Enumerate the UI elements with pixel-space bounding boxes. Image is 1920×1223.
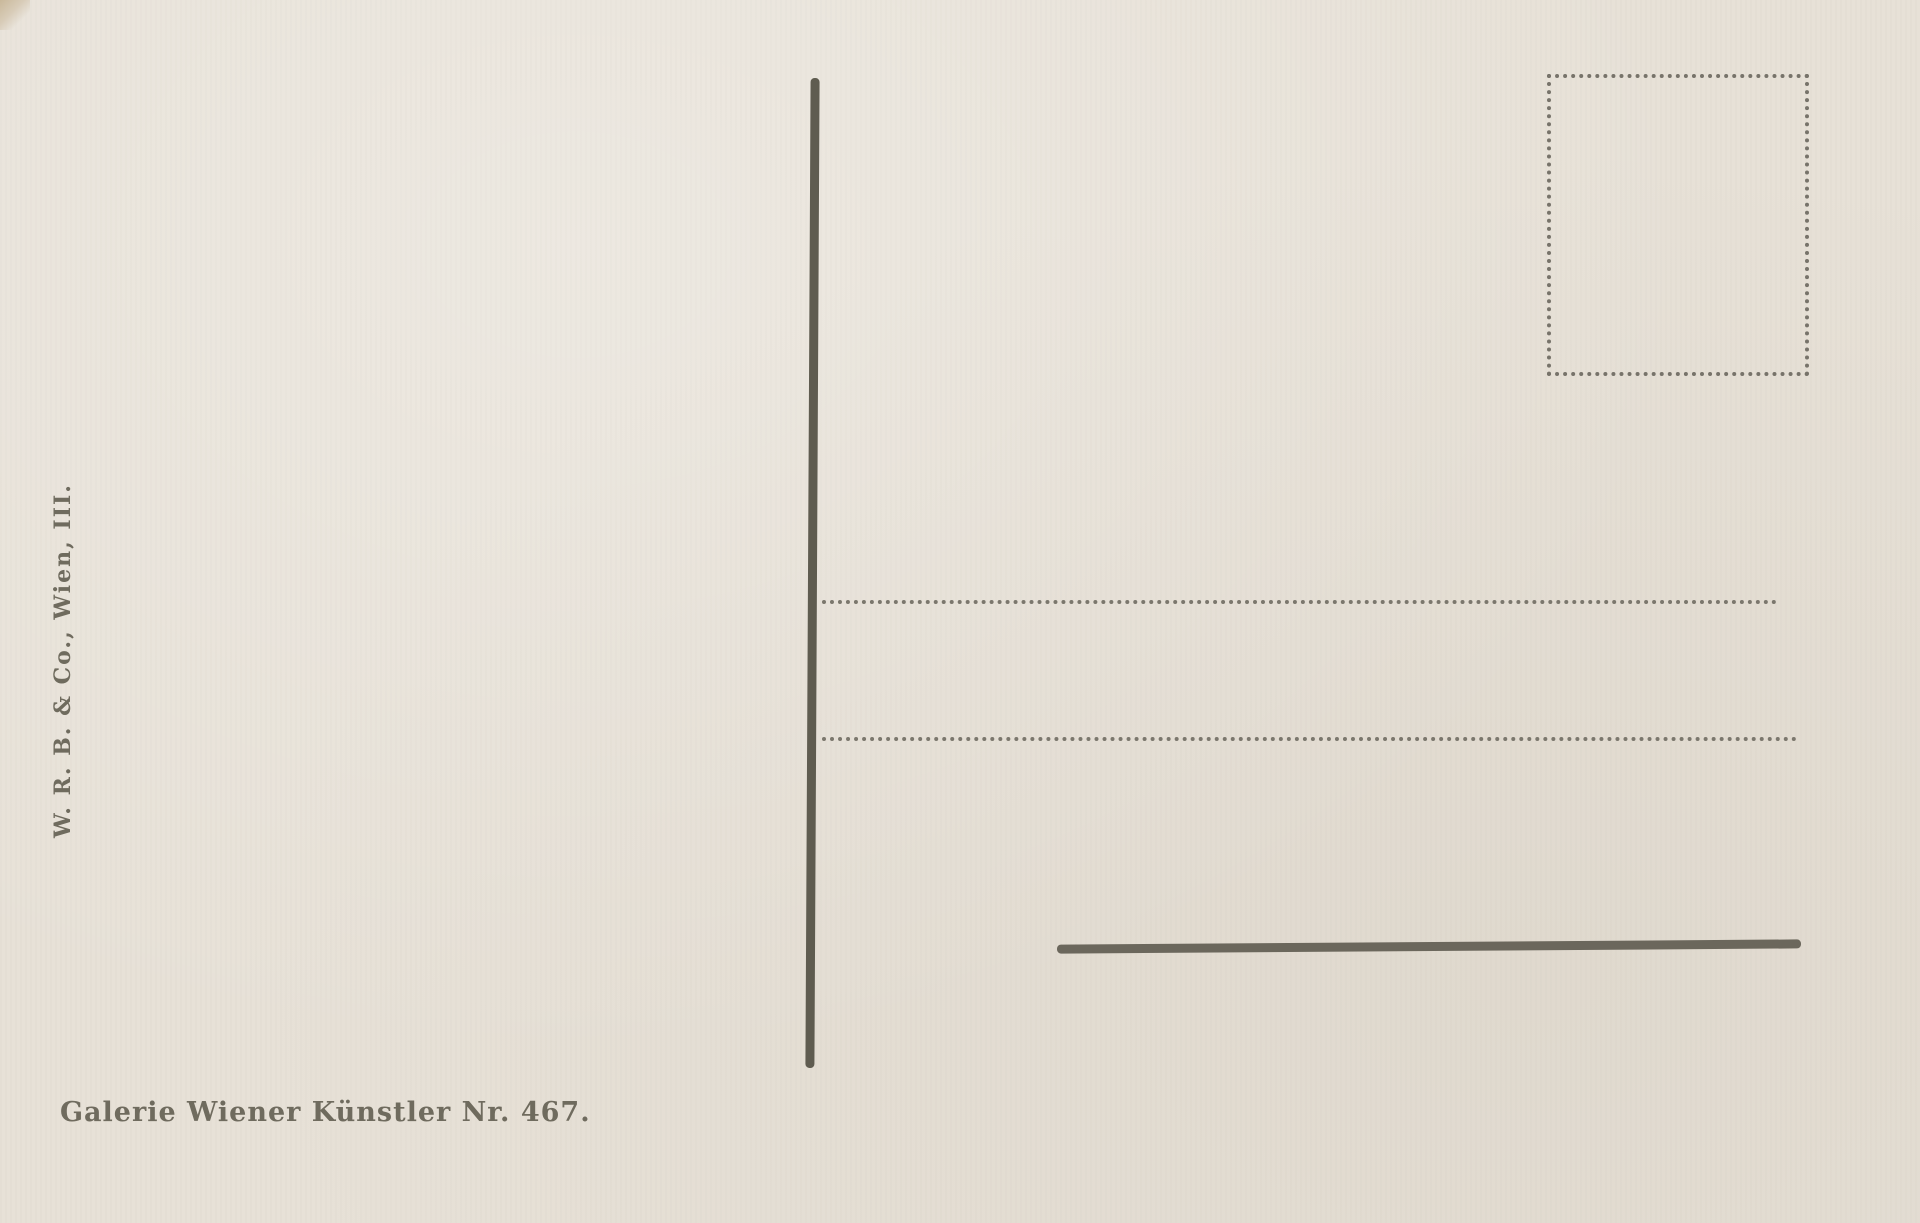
publisher-imprint: W. R. B. & Co., Wien, III. [50,483,76,838]
series-caption: Galerie Wiener Künstler Nr. 467. [60,1097,591,1128]
address-line-1 [822,600,1777,604]
postcard-back: W. R. B. & Co., Wien, III. Galerie Wiene… [0,0,1920,1223]
address-line-3 [1057,939,1801,953]
worn-corner [0,0,30,30]
address-line-2 [822,737,1797,741]
center-divider-line [805,78,819,1068]
stamp-placement-box [1547,74,1809,376]
